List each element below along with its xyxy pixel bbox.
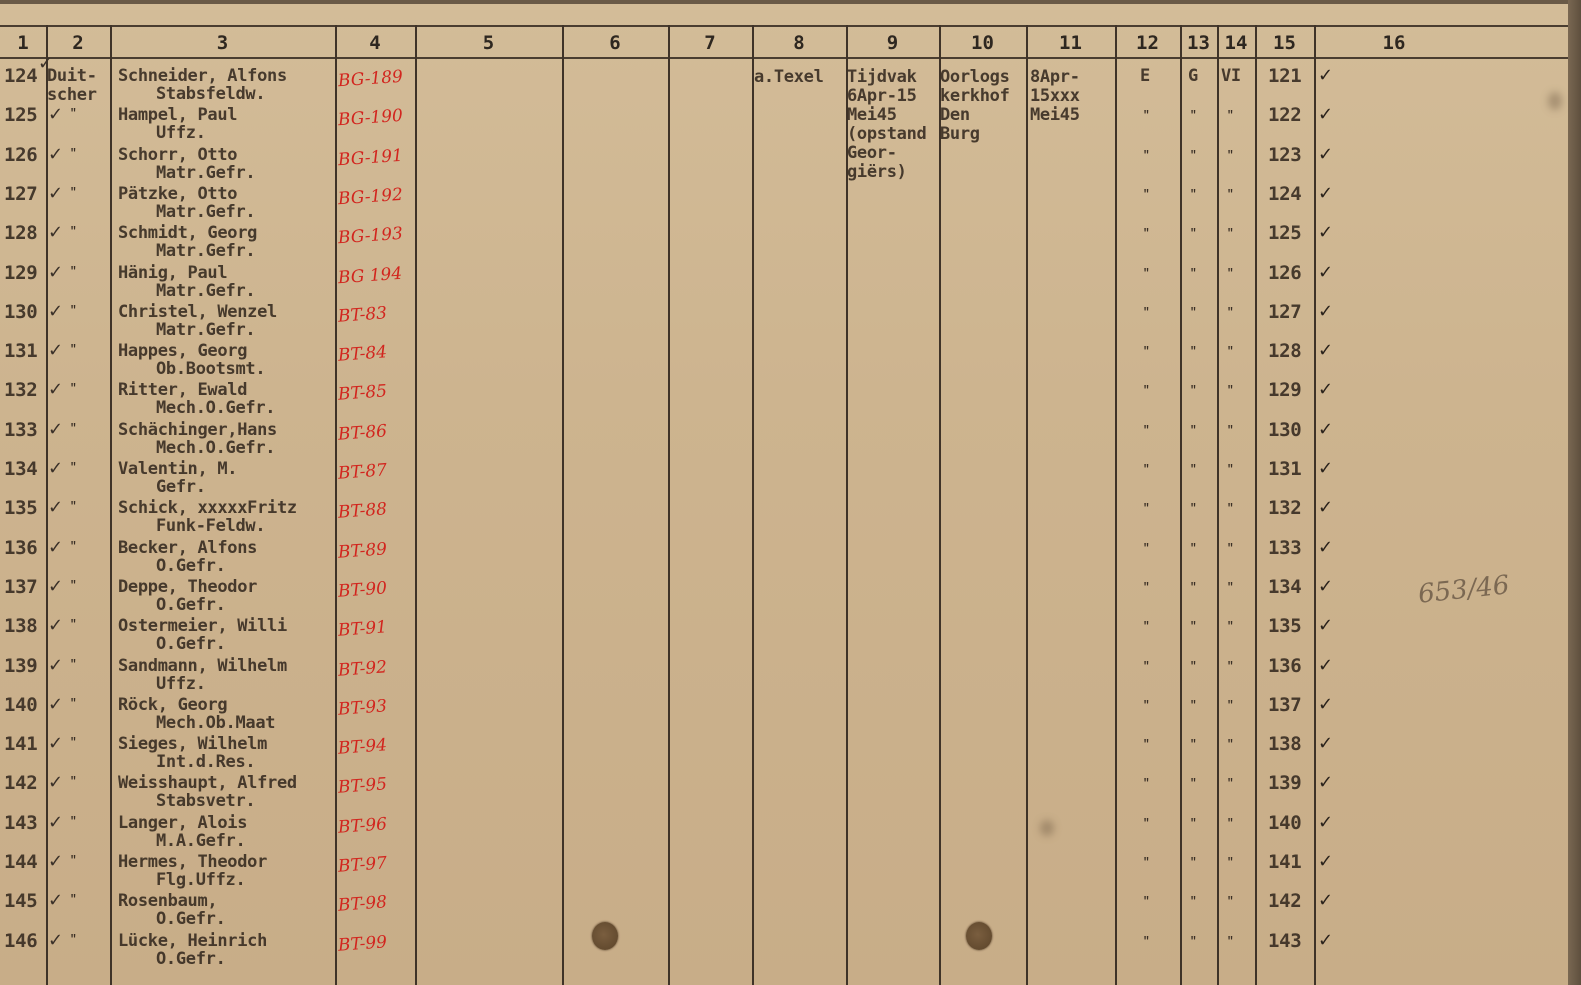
ditto-mark: "	[1190, 543, 1197, 555]
ditto-mark: "	[1143, 621, 1150, 633]
ditto-mark: "	[1190, 896, 1197, 908]
red-code: BT-95	[337, 775, 387, 798]
ditto-mark: "	[1143, 425, 1150, 437]
rank: O.Gefr.	[118, 950, 226, 969]
ditto-mark: "	[1143, 818, 1150, 830]
ditto-mark: "	[70, 855, 77, 867]
column-rule	[939, 25, 941, 985]
col13-value: G	[1188, 67, 1198, 86]
ditto-mark: "	[1190, 936, 1197, 948]
ditto-mark: "	[1143, 582, 1150, 594]
rank: Mech.Ob.Maat	[118, 714, 275, 733]
col9-period-note: Tijdvak 6Apr-15 Mei45 (opstand Geor- gië…	[847, 68, 926, 182]
red-code: BT-96	[337, 814, 387, 837]
col11-date: 8Apr- 15xxx Mei45	[1030, 68, 1080, 125]
row-number: 144	[4, 853, 37, 872]
tick-mark: ✓	[1318, 812, 1333, 833]
row-number: 131	[4, 342, 37, 361]
check-mark: ✓	[48, 340, 63, 361]
tick-mark: ✓	[1318, 733, 1333, 754]
ditto-mark: "	[1143, 936, 1150, 948]
ditto-mark: "	[1143, 268, 1150, 280]
check-mark: ✓	[48, 615, 63, 636]
serial-number: 121	[1268, 67, 1301, 86]
rank: O.Gefr.	[118, 910, 226, 929]
column-rule	[1026, 25, 1028, 985]
person-name: Sandmann, Wilhelm	[118, 657, 287, 676]
ditto-mark: "	[1227, 189, 1234, 201]
row-number: 126	[4, 146, 37, 165]
rank: Stabsfeldw.	[118, 85, 265, 104]
ditto-mark: "	[1143, 346, 1150, 358]
ditto-mark: "	[1227, 150, 1234, 162]
ditto-mark: "	[1190, 189, 1197, 201]
check-mark: ✓	[48, 930, 63, 951]
ditto-mark: "	[1190, 818, 1197, 830]
person-name: Hänig, Paul	[118, 264, 227, 283]
rank: Mech.O.Gefr.	[118, 439, 275, 458]
ditto-mark: "	[1227, 346, 1234, 358]
tick-mark: ✓	[1318, 379, 1333, 400]
rank: Stabsvetr.	[118, 792, 255, 811]
serial-number: 131	[1268, 460, 1301, 479]
ditto-mark: "	[70, 226, 77, 238]
ditto-mark: "	[70, 383, 77, 395]
ditto-mark: "	[70, 462, 77, 474]
ditto-mark: "	[70, 894, 77, 906]
red-code: BT-94	[337, 735, 387, 758]
ditto-mark: "	[1143, 896, 1150, 908]
check-mark: ✓	[48, 694, 63, 715]
column-rule	[1314, 25, 1316, 985]
row-number: 125	[4, 106, 37, 125]
top-edge	[0, 0, 1568, 4]
ditto-mark: "	[1227, 621, 1234, 633]
column-header-5: 5	[415, 30, 562, 56]
ditto-mark: "	[1227, 936, 1234, 948]
red-code: BT-99	[337, 932, 387, 955]
rank: Matr.Gefr.	[118, 164, 255, 183]
ditto-mark: "	[1227, 503, 1234, 515]
row-number: 127	[4, 185, 37, 204]
ditto-mark: "	[1143, 228, 1150, 240]
check-mark: ✓	[48, 262, 63, 283]
row-number: 143	[4, 814, 37, 833]
column-header-13: 13	[1180, 30, 1217, 56]
rank: Matr.Gefr.	[118, 242, 255, 261]
tick-mark: ✓	[1318, 615, 1333, 636]
ditto-mark: "	[1143, 857, 1150, 869]
check-mark: ✓	[48, 537, 63, 558]
red-code: BT-91	[337, 618, 387, 641]
ditto-mark: "	[70, 580, 77, 592]
ditto-mark: "	[70, 541, 77, 553]
row-number: 135	[4, 499, 37, 518]
serial-number: 129	[1268, 381, 1301, 400]
ditto-mark: "	[1190, 150, 1197, 162]
red-code: BG-191	[337, 145, 403, 169]
col10-burial-place: Oorlogs kerkhof Den Burg	[940, 68, 1010, 144]
row-number: 146	[4, 932, 37, 951]
red-code: BG-193	[337, 224, 403, 248]
rank: Matr.Gefr.	[118, 321, 255, 340]
col14-value: VI	[1221, 67, 1241, 86]
column-header-4: 4	[335, 30, 415, 56]
ditto-mark: "	[70, 816, 77, 828]
red-code: BT-92	[337, 657, 387, 680]
check-mark: ✓	[48, 419, 63, 440]
row-number: 136	[4, 539, 37, 558]
tick-mark: ✓	[1318, 655, 1333, 676]
column-rule	[1115, 25, 1117, 985]
column-header-3: 3	[110, 30, 335, 56]
ditto-mark: "	[1143, 739, 1150, 751]
column-header-12: 12	[1115, 30, 1180, 56]
ditto-mark: "	[1227, 700, 1234, 712]
column-rule	[1255, 25, 1257, 985]
column-header-6: 6	[562, 30, 668, 56]
ditto-mark: "	[1227, 464, 1234, 476]
column-rule	[562, 25, 564, 985]
red-code: BT-97	[337, 853, 387, 876]
ditto-mark: "	[70, 659, 77, 671]
ditto-mark: "	[70, 344, 77, 356]
serial-number: 135	[1268, 617, 1301, 636]
check-mark: ✓	[48, 222, 63, 243]
ditto-mark: "	[70, 187, 77, 199]
punch-hole-right	[966, 922, 992, 950]
serial-number: 130	[1268, 421, 1301, 440]
row-number: 132	[4, 381, 37, 400]
red-code: BT-90	[337, 578, 387, 601]
paper-stain	[1040, 820, 1054, 836]
ditto-mark: "	[70, 108, 77, 120]
tick-mark: ✓	[1318, 537, 1333, 558]
tick-mark: ✓	[1318, 890, 1333, 911]
ditto-mark: "	[70, 776, 77, 788]
person-name: Lücke, Heinrich	[118, 932, 267, 951]
row-number: 134	[4, 460, 37, 479]
row-number: 129	[4, 264, 37, 283]
tick-mark: ✓	[1318, 458, 1333, 479]
ditto-mark: "	[1227, 385, 1234, 397]
serial-number: 137	[1268, 696, 1301, 715]
person-name: Schächinger,Hans	[118, 421, 277, 440]
red-code: BG-190	[337, 106, 403, 130]
col12-value: E	[1140, 67, 1150, 86]
serial-number: 124	[1268, 185, 1301, 204]
serial-number: 132	[1268, 499, 1301, 518]
rank: Matr.Gefr.	[118, 282, 255, 301]
tick-mark: ✓	[1318, 694, 1333, 715]
ditto-mark: "	[1143, 150, 1150, 162]
ditto-mark: "	[1143, 503, 1150, 515]
serial-number: 136	[1268, 657, 1301, 676]
check-mark: ✓	[48, 576, 63, 597]
paper-stain	[1548, 92, 1562, 110]
serial-number: 128	[1268, 342, 1301, 361]
ditto-mark: "	[1190, 385, 1197, 397]
column-header-16: 16	[1314, 30, 1474, 56]
ditto-mark: "	[1227, 661, 1234, 673]
person-name: Röck, Georg	[118, 696, 227, 715]
serial-number: 142	[1268, 892, 1301, 911]
ditto-mark: "	[1227, 425, 1234, 437]
check-mark: ✓	[48, 733, 63, 754]
column-rule	[335, 25, 337, 985]
column-rule	[1180, 25, 1182, 985]
ditto-mark: "	[1143, 543, 1150, 555]
ditto-mark: "	[1143, 661, 1150, 673]
tick-mark: ✓	[1318, 104, 1333, 125]
nationality: Duit- scher	[47, 67, 97, 105]
red-code: BT-87	[337, 460, 387, 483]
column-header-2: 2	[46, 30, 110, 56]
ditto-mark: "	[1227, 739, 1234, 751]
ditto-mark: "	[1227, 110, 1234, 122]
tick-mark: ✓	[1318, 497, 1333, 518]
tick-mark: ✓	[1318, 930, 1333, 951]
serial-number: 143	[1268, 932, 1301, 951]
ditto-mark: "	[1143, 307, 1150, 319]
row-number: 139	[4, 657, 37, 676]
serial-number: 122	[1268, 106, 1301, 125]
serial-number: 139	[1268, 774, 1301, 793]
check-mark: ✓	[48, 458, 63, 479]
rank: O.Gefr.	[118, 596, 226, 615]
tick-mark: ✓	[1318, 576, 1333, 597]
ditto-mark: "	[1190, 700, 1197, 712]
column-rule	[668, 25, 670, 985]
check-mark: ✓	[48, 144, 63, 165]
tick-mark: ✓	[1318, 222, 1333, 243]
row-number: 137	[4, 578, 37, 597]
rank: Matr.Gefr.	[118, 203, 255, 222]
rank: Funk-Feldw.	[118, 517, 265, 536]
check-mark: ✓	[48, 655, 63, 676]
row-number: 133	[4, 421, 37, 440]
red-code: BT-89	[337, 539, 387, 562]
row-number: 142	[4, 774, 37, 793]
ledger-page: 12345678910111213141516 124Duit- scher✓S…	[0, 0, 1568, 985]
check-mark: ✓	[48, 890, 63, 911]
ditto-mark: "	[1190, 464, 1197, 476]
row-number: 130	[4, 303, 37, 322]
column-rule	[752, 25, 754, 985]
ditto-mark: "	[1190, 425, 1197, 437]
ditto-mark: "	[1190, 778, 1197, 790]
serial-number: 140	[1268, 814, 1301, 833]
column-header-14: 14	[1217, 30, 1255, 56]
column-rule	[110, 25, 112, 985]
ditto-mark: "	[1227, 896, 1234, 908]
ditto-mark: "	[1227, 818, 1234, 830]
rank: Gefr.	[118, 478, 206, 497]
tick-mark: ✓	[1318, 340, 1333, 361]
ditto-mark: "	[1227, 778, 1234, 790]
ditto-mark: "	[70, 501, 77, 513]
red-code: BT-98	[337, 893, 387, 916]
page-edge	[1568, 0, 1581, 985]
red-code: BT-83	[337, 303, 387, 326]
ditto-mark: "	[1190, 268, 1197, 280]
check-mark: ✓	[48, 379, 63, 400]
person-name: Langer, Alois	[118, 814, 247, 833]
check-mark: ✓	[48, 104, 63, 125]
red-code: BT-88	[337, 500, 387, 523]
rank: Ob.Bootsmt.	[118, 360, 265, 379]
check-mark: ✓	[48, 851, 63, 872]
serial-number: 127	[1268, 303, 1301, 322]
rank: Uffz.	[118, 124, 206, 143]
serial-number: 133	[1268, 539, 1301, 558]
serial-number: 126	[1268, 264, 1301, 283]
ditto-mark: "	[70, 737, 77, 749]
header-rule	[0, 25, 1568, 27]
ditto-mark: "	[1227, 228, 1234, 240]
column-rule	[415, 25, 417, 985]
ditto-mark: "	[1190, 503, 1197, 515]
tick-mark: ✓	[1318, 183, 1333, 204]
tick-mark: ✓	[1318, 65, 1333, 86]
ditto-mark: "	[1190, 582, 1197, 594]
rank: M.A.Gefr.	[118, 832, 245, 851]
ditto-mark: "	[1143, 385, 1150, 397]
tick-mark: ✓	[1318, 144, 1333, 165]
ditto-mark: "	[70, 305, 77, 317]
ditto-mark: "	[70, 619, 77, 631]
red-code: BT-93	[337, 696, 387, 719]
check-mark: ✓	[48, 301, 63, 322]
red-code: BG-192	[337, 185, 403, 209]
row-number: 141	[4, 735, 37, 754]
tick-mark: ✓	[1318, 772, 1333, 793]
ditto-mark: "	[1190, 857, 1197, 869]
red-code: BT-86	[337, 421, 387, 444]
tick-mark: ✓	[1318, 419, 1333, 440]
serial-number: 138	[1268, 735, 1301, 754]
ditto-mark: "	[1190, 110, 1197, 122]
rank: Mech.O.Gefr.	[118, 399, 275, 418]
check-mark: ✓	[48, 183, 63, 204]
serial-number: 123	[1268, 146, 1301, 165]
serial-number: 134	[1268, 578, 1301, 597]
row-number: 128	[4, 224, 37, 243]
red-code: BG 194	[337, 263, 402, 287]
ditto-mark: "	[1190, 621, 1197, 633]
ditto-mark: "	[1227, 268, 1234, 280]
person-name: Christel, Wenzel	[118, 303, 277, 322]
tick-mark: ✓	[1318, 301, 1333, 322]
check-mark: ✓	[48, 497, 63, 518]
column-header-10: 10	[939, 30, 1026, 56]
ditto-mark: "	[70, 934, 77, 946]
row-number: 138	[4, 617, 37, 636]
row-number: 145	[4, 892, 37, 911]
ditto-mark: "	[1190, 739, 1197, 751]
person-name: Schorr, Otto	[118, 146, 237, 165]
serial-number: 125	[1268, 224, 1301, 243]
ditto-mark: "	[1143, 778, 1150, 790]
column-header-8: 8	[752, 30, 846, 56]
check-mark: ✓	[48, 812, 63, 833]
tick-mark: ✓	[1318, 262, 1333, 283]
rank: O.Gefr.	[118, 557, 226, 576]
ditto-mark: "	[1227, 307, 1234, 319]
ditto-mark: "	[1227, 543, 1234, 555]
header-rule	[0, 57, 1568, 59]
ditto-mark: "	[70, 266, 77, 278]
column-rule	[1217, 25, 1219, 985]
person-name: Becker, Alfons	[118, 539, 257, 558]
ditto-mark: "	[1190, 346, 1197, 358]
ditto-mark: "	[1227, 582, 1234, 594]
ditto-mark: "	[1143, 700, 1150, 712]
ditto-mark: "	[1143, 464, 1150, 476]
serial-number: 141	[1268, 853, 1301, 872]
rank: Int.d.Res.	[118, 753, 255, 772]
column-header-7: 7	[668, 30, 752, 56]
rank: Uffz.	[118, 675, 206, 694]
pencil-annotation: 653/46	[1417, 570, 1511, 609]
column-header-11: 11	[1026, 30, 1115, 56]
ditto-mark: "	[1143, 189, 1150, 201]
rank: O.Gefr.	[118, 635, 226, 654]
ditto-mark: "	[1190, 661, 1197, 673]
red-code: BT-84	[337, 342, 387, 365]
punch-hole-left	[592, 922, 618, 950]
tick-mark: ✓	[1318, 851, 1333, 872]
red-code: BT-85	[337, 382, 387, 405]
rank: Flg.Uffz.	[118, 871, 245, 890]
ditto-mark: "	[70, 698, 77, 710]
ditto-mark: "	[1190, 228, 1197, 240]
ditto-mark: "	[1227, 857, 1234, 869]
red-code: BG-189	[337, 67, 403, 91]
ditto-mark: "	[1143, 110, 1150, 122]
row-number: 140	[4, 696, 37, 715]
column-header-9: 9	[846, 30, 939, 56]
ditto-mark: "	[1190, 307, 1197, 319]
col8-location: a.Texel	[754, 68, 824, 87]
check-mark: ✓	[48, 772, 63, 793]
check-mark: ✓	[38, 53, 53, 74]
ditto-mark: "	[70, 148, 77, 160]
column-header-15: 15	[1255, 30, 1314, 56]
ditto-mark: "	[70, 423, 77, 435]
row-number: 124	[4, 67, 37, 86]
